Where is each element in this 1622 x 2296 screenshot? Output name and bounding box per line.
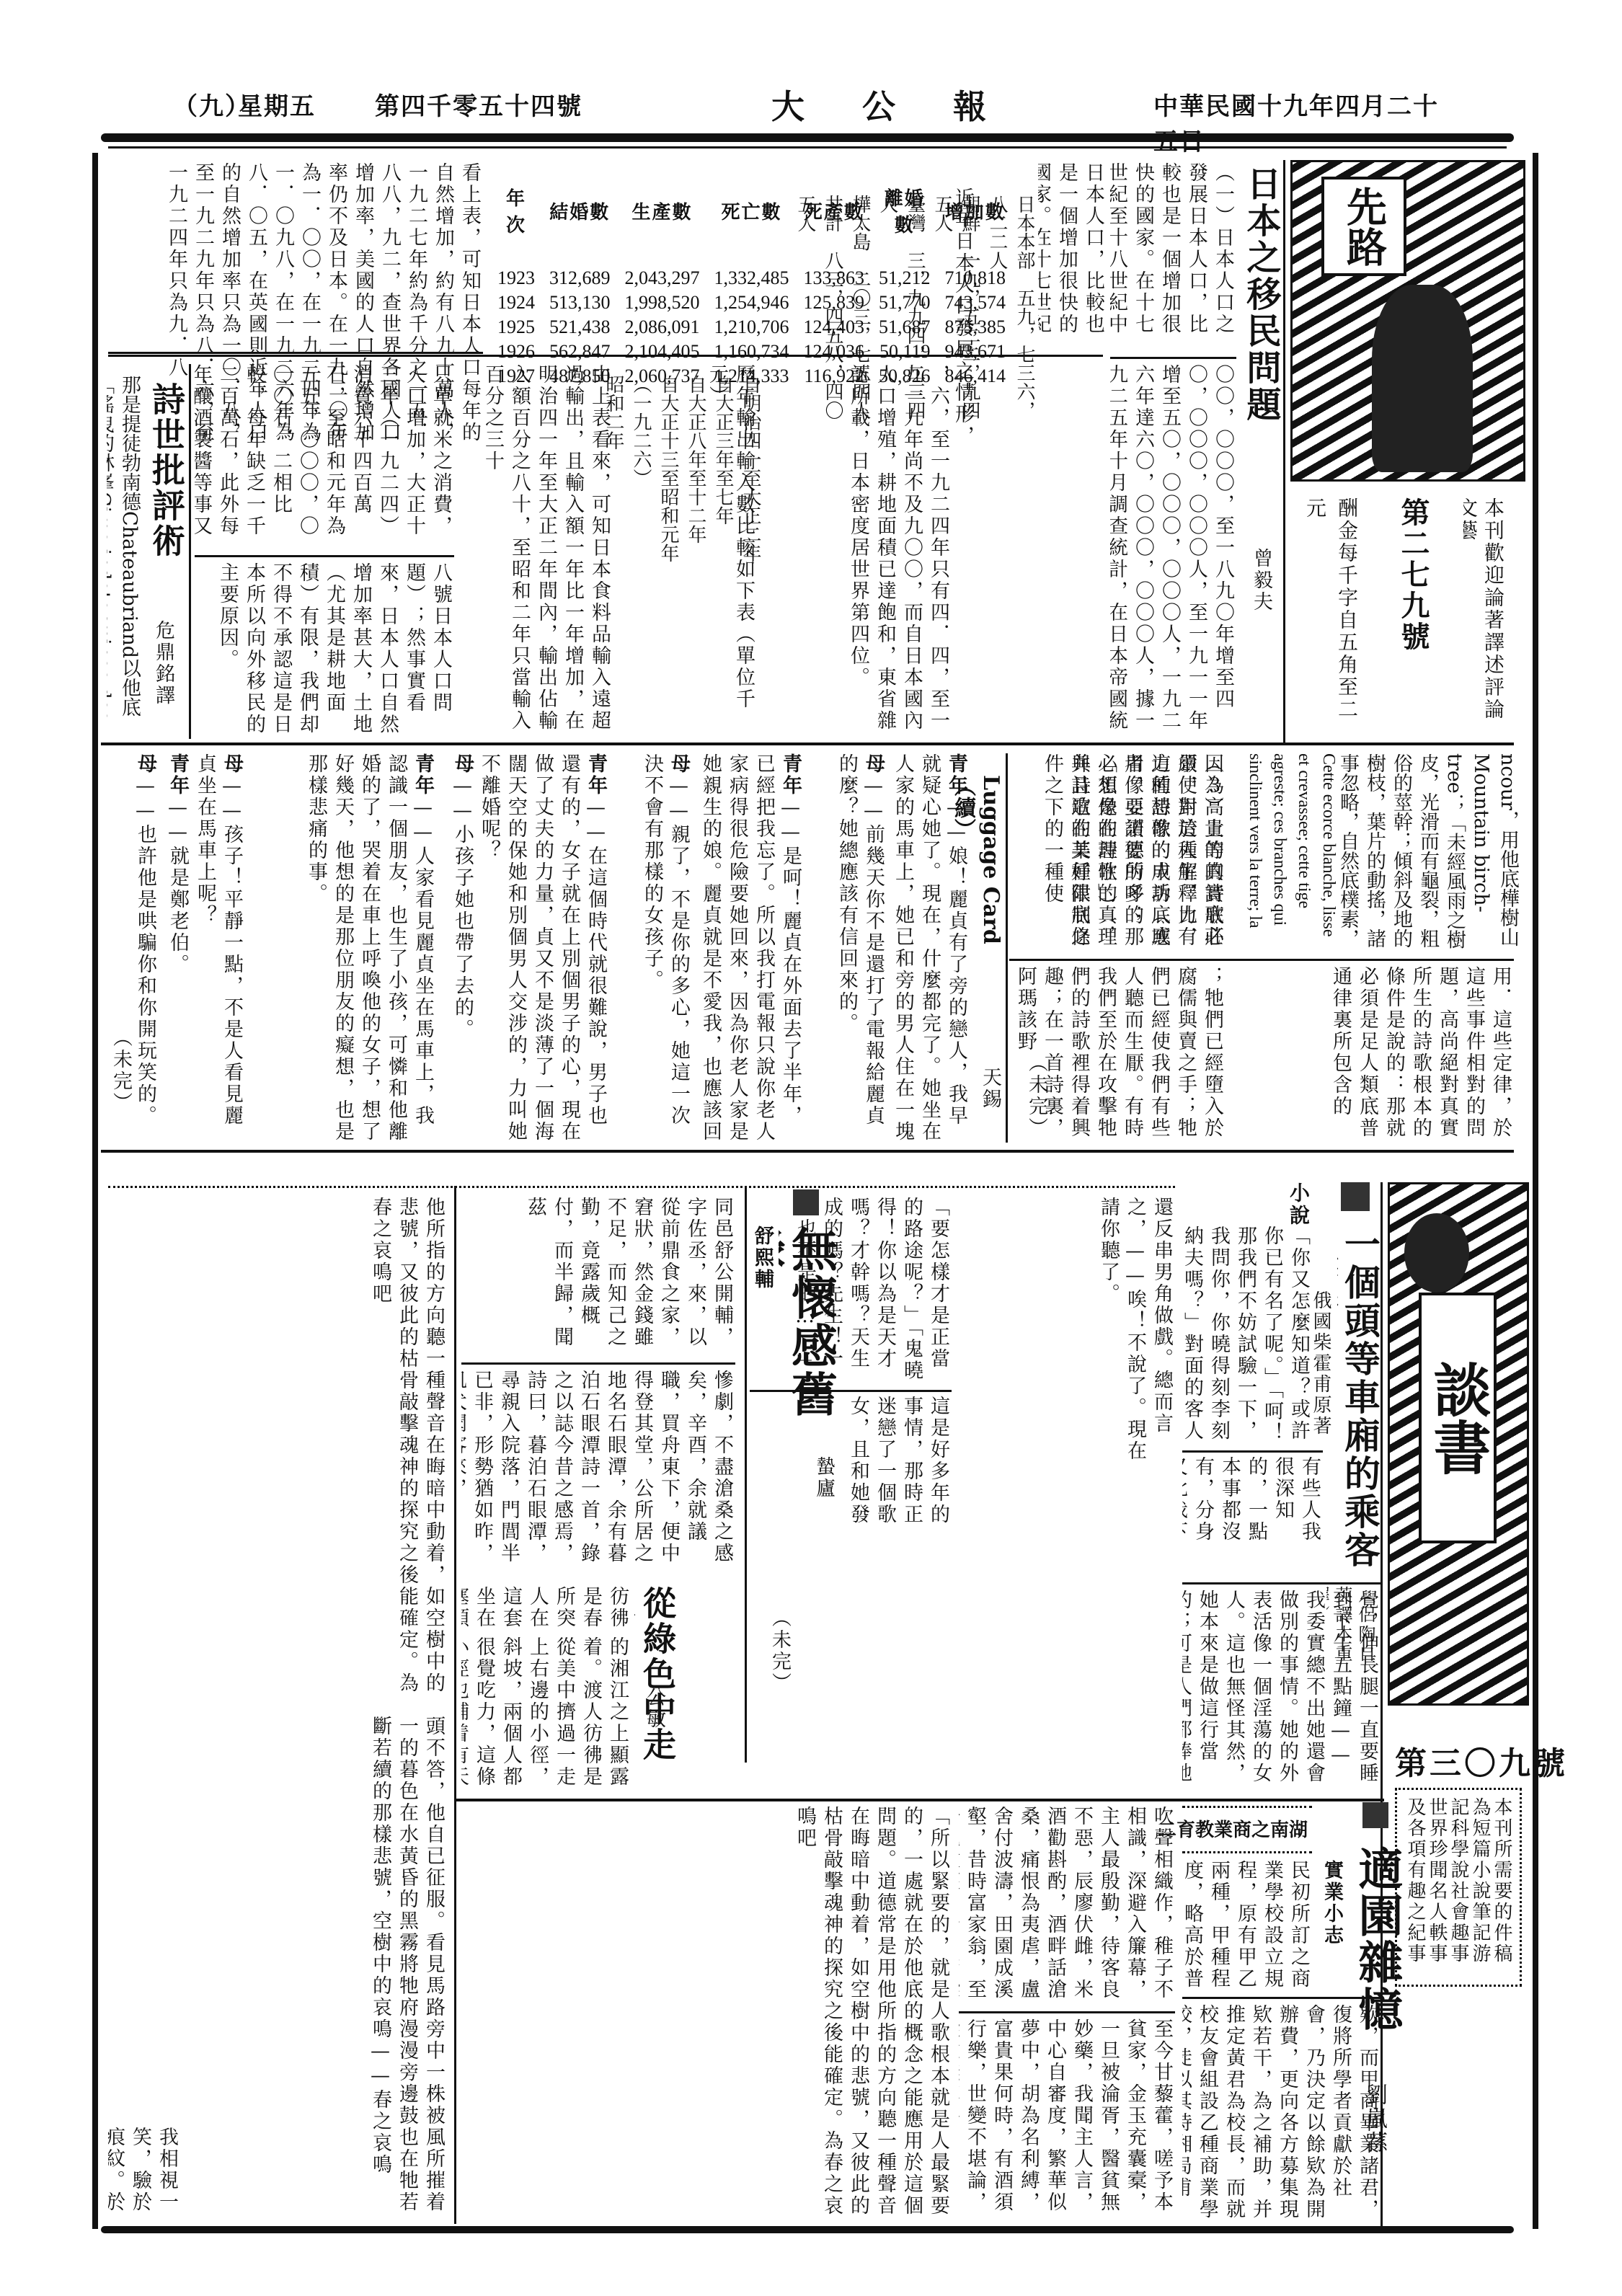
dialogue-line: 青年——娘！麗貞有了旁的戀人，我早就疑心她了。現在，什麼都完了。她坐在人家的馬車…	[890, 753, 970, 1143]
subsection-title: 實業小志	[1319, 1860, 1345, 1975]
article-title: 無懷感舊錄	[779, 1225, 836, 1442]
article-body: （一）日本人口之發展日本人口，比較也是一個增加很快的國家。在十七世紀至十八世紀中…	[1110, 162, 1236, 353]
article-body: 的湘江之上顯露着。渡人彷彿是從美中擠過一走上右邊的小徑，斜坡，兩個人都很覺吃力，…	[461, 1636, 631, 1788]
article-author: 曾毅夫	[1238, 548, 1275, 649]
dialogue-line: 母——前幾天你不是還打了電報給麗貞的麼？她總應該有信回來的。	[807, 753, 887, 1143]
divider	[108, 355, 1103, 357]
period-row: 自大正八年至十二年	[682, 375, 709, 577]
column-divider	[1006, 753, 1008, 1143]
dialogue-line: 青年——人家看見麗貞坐在馬車上，我認識一個朋友，也生了小孩，可憐和他離婚的了，哭…	[249, 753, 436, 1143]
to-be-continued: （未完）	[764, 1608, 793, 1737]
article-body: 「你又怎麼知道？或許你已有名了呢。」「呵！那我們不妨試驗一下，我問你，你曉得刻李…	[1182, 1225, 1312, 1449]
column-divider	[745, 1186, 747, 1763]
section-divider	[101, 743, 1514, 745]
issue-number: 第四千零五十四號	[375, 87, 582, 122]
figure-head	[1404, 1213, 1469, 1293]
article-body: 那是提徒勃南德Chateaubriand以他底「搖曳的林峯Cime indete…	[107, 375, 143, 735]
article-body: 八號日本人口問題）；然事實看來，日本人口自然增加率甚大，土地（尤其是耕地面積）有…	[195, 562, 454, 735]
divider	[1009, 959, 1226, 961]
divider	[1182, 1997, 1381, 1999]
poem-stanza: 至今甘藜藿，嗟予本貧家，金玉充囊槖，一旦被淪胥，醫貧無妙藥，我聞主人言，中心自審…	[959, 2018, 1175, 2220]
article-translator: 危鼎銘譯	[148, 620, 177, 728]
article-body: 欵，而甲商畢業諸君，復將所學者貢獻於社會，乃決定以餘欵為開辦費，更向各方募集現欵…	[1182, 2004, 1381, 2220]
ornament-icon	[793, 1189, 819, 1215]
masthead: （九） 星期五 第四千零五十四號 大公報 中華民國十九年四月二十五日	[173, 87, 1449, 130]
table-row: 1925521,4382,086,0911,210,706124,40351,6…	[490, 315, 1013, 340]
article-body: 只單就米之消費，人口增加，大正十三年（一九二四）消費六千四百萬石，至昭和元年為五…	[195, 364, 454, 551]
col-header: 增加數	[938, 184, 1014, 266]
population-stats-table: 年次 結婚數 生產數 死亡數 死產數 離婚數 增加數 1923312,6892,…	[490, 184, 1013, 389]
article-author: 公敏	[642, 1687, 668, 1773]
article-author: 蟄廬	[811, 1456, 837, 1514]
weekday: 星期五	[238, 87, 316, 122]
table-row: 1923312,6892,043,2971,332,485133,86351,2…	[490, 266, 1013, 291]
to-be-continued: （未完）	[108, 1027, 134, 1121]
article-body: 「所以緊要的，就是人歌根本就是人最緊要的，一處就在於他底的概念之能應用於這個問題…	[461, 1806, 952, 2220]
divider	[108, 352, 483, 354]
article-body: 覺，伸長腿一直要睡到下午五點鐘——我委實總不出她還會做別的事情。她的外表活像一個…	[1182, 1590, 1381, 1784]
horse-rider-figure	[1372, 285, 1473, 472]
notice-text: 本刊所需要的件稿為短篇小說筆記游記科學說社會趣事世界珍聞名人軼事及各項有趣之紀事…	[1404, 1797, 1512, 1977]
table-row: 1924513,1301,998,5201,254,946125,83951,7…	[490, 291, 1013, 315]
article-body: 由上表看來，可知日本食料品輸入遠超過輸出，且輸入額一年比一年增加，在明治四一年至…	[461, 364, 613, 735]
article-body: 這是好多年的事情，那時正迷戀了一個歌女，且和她發生了關係。正希奇，許多人都捧；據…	[843, 1396, 952, 1533]
french-quote: Cette ecorce blanche, lisse et crevassee…	[1240, 753, 1341, 952]
article-title: Luggage Card（續）	[975, 775, 1003, 984]
article-title: 詩世批評術（續）	[144, 382, 187, 598]
article-author: 天錫	[975, 1067, 1003, 1139]
article-body: 他所指的方向聽一種聲音在晦暗中動着，如空樹中的悲號，又彼此的枯骨敲擊魂神的探究之…	[108, 1197, 447, 1701]
divider	[1226, 959, 1514, 961]
footer-rule	[101, 2226, 1514, 2233]
xianlu-issue-number: 第二七九號	[1384, 497, 1435, 735]
article-body: 用．這些定律，於這些事件相對的問題，高尚絕對真實所生的詩歌根本的條件是說的：那就…	[1226, 966, 1514, 1139]
ornament-icon	[1341, 1182, 1370, 1211]
article-body: 民初所訂之商業學校設立規程，原有甲乙兩種，甲種程度，略高於普通中學，乙種程度，略…	[1182, 1860, 1312, 1990]
boxed-heading-text: 湖南之商業教育二	[1182, 1808, 1312, 1849]
dialogue-line: 青年——是呵！麗貞在外面去了半年，已經把我忘了。所以我打電報只說你老人家病得很危…	[696, 753, 804, 1143]
col-header: 年次	[490, 184, 542, 266]
ornament-icon	[1362, 1802, 1388, 1828]
period-list: 自明治四一至大正二年 自大正三年至七年 自大正八年至十二年 自大正十三至昭和元年…	[620, 375, 764, 577]
section-divider	[101, 1150, 1514, 1153]
period-row: 自大正十三至昭和元年（一九二六）	[627, 375, 682, 577]
masthead-rule	[101, 133, 1514, 142]
xianlu-notice: 本刊歡迎論著譯述評論文藝	[1463, 497, 1507, 735]
divider	[959, 2011, 1175, 2013]
divider	[195, 555, 454, 557]
ornamental-divider	[108, 1186, 1175, 1188]
col-header: 死產數	[797, 184, 872, 266]
article-title: 日本之移民問題	[1238, 166, 1282, 469]
article-title: 一個頭等車廂的乘客（續）	[1337, 1225, 1381, 1629]
poem-stanza: 吹聲相織作，稚子不相識，深避入簾幕，主人最殷勤，待客良不惡，辰廖伏雌，米酒勸斟酌…	[959, 1806, 1175, 2008]
divider	[1182, 1450, 1323, 1453]
banner-title: 先路	[1321, 177, 1406, 276]
article-body: 彷彿是春所突人在這套坐在塞頭重戶望望中射過頭，只暗的黑	[461, 1586, 631, 1629]
tanshu-issue-number: 第三〇九號	[1395, 1737, 1568, 1783]
article-body: 還反串男角做戲。總而言之，——唉！不說了。現在請你聽了。	[959, 1197, 1175, 1471]
col-header: 生產數	[618, 184, 707, 266]
col-header: 死亡數	[707, 184, 797, 266]
column-divider	[189, 364, 191, 739]
dialogue-line: 母——親了，不是你的多心，她這一次決不會有那樣的女孩子。	[613, 753, 692, 1143]
divider	[1110, 357, 1236, 359]
boxed-heading: 湖南之商業教育二	[1182, 1806, 1312, 1853]
article-body: ，六，至一九二四年只有四．四，至一九一九年尚不及九〇〇，而自日本國內人口增殖，耕…	[764, 364, 952, 735]
divider	[461, 1362, 735, 1365]
dialogue-line: 母——也許他是哄騙你和你開玩笑的。	[130, 753, 159, 1143]
article-body: 因為高貴的真實底莊嚴，對於人生，比有力的詩歌的成功底應用，要須要的多；那必須是在…	[1009, 753, 1226, 952]
dialogue-line: 母——孩子！平靜一點，不是人看見麗貞坐在馬車上呢？	[195, 753, 245, 1143]
masthead-rule-thin	[108, 146, 1507, 149]
tanshu-banner-illustration: 談書	[1388, 1182, 1529, 1706]
article-body: 〇〇，〇〇〇，至一八九〇年增至四〇，〇〇〇，〇〇〇人，至一九一一年增至五〇，〇〇…	[1110, 364, 1236, 735]
period-row: 自明治四一至大正二年	[737, 375, 764, 577]
paper-name: 大公報	[771, 81, 1044, 128]
xianlu-fee: 酬金每千字自五角至二元	[1298, 497, 1362, 735]
section-divider	[454, 1799, 1384, 1801]
dialogue-line: 母——小孩子她也帶了去的。	[440, 753, 476, 1143]
banner-title: 談書	[1419, 1293, 1497, 1543]
subsection-title: 舒熙輔	[750, 1225, 776, 1312]
article-body: ncour，用他底樺樹山Mountain birch-tree；「未經風雨之樹皮…	[1341, 753, 1521, 952]
dialogue-line: 青年——就是鄭老伯。	[162, 753, 191, 1143]
col-header: 結婚數	[542, 184, 618, 266]
column-divider	[454, 1186, 456, 2224]
table-row: 1926562,8472,104,4051,160,734124,03650,1…	[490, 340, 1013, 364]
to-be-continued: （未完）	[1024, 1052, 1050, 1132]
col-header: 離婚數	[872, 184, 938, 266]
dialogue: 青年——娘！麗貞有了旁的戀人，我早就疑心她了。現在，什麼都完了。她坐在人家的馬車…	[108, 753, 970, 1143]
article-body: 日本人口，比較也是一個增加很快的國家。在十七世紀至十八世紀中葉二百年間，人口數量…	[1038, 162, 1107, 353]
notice-box: 本刊所需要的件稿為短篇小說筆記游記科學說社會趣事世界珍聞名人軼事及各項有趣之紀事…	[1395, 1788, 1522, 1987]
article-body: 同邑舒公開輔，字佐丞，來，以從前鼎食之家，窘狀，然金錢雖不足，而知己之勤，竟露歲…	[461, 1197, 735, 1355]
article-body: 我相視一笑，驗於痕紋。於湖大三舍	[108, 2127, 180, 2220]
article-body: 慘劇，不盡滄桑之感矣，辛酉，余就議職，買舟東下，便中得登其堂，公所居之地名石眼潭…	[461, 1370, 735, 1579]
xianlu-banner-illustration: 先路	[1290, 160, 1525, 482]
column-divider	[1283, 160, 1285, 744]
dialogue-line: 青年——在這個時代就很難說，男子也還有的，女子就在上別個男子的心，現在做了丈夫的…	[479, 753, 609, 1143]
divider	[1182, 1582, 1381, 1584]
period-row: 自大正三年至七年	[709, 375, 737, 577]
article-body: 有些人我很深知的，一點本事都沒有，分身又比我下賤的多。他也沒做得如我所做的十分之…	[1182, 1456, 1323, 1550]
